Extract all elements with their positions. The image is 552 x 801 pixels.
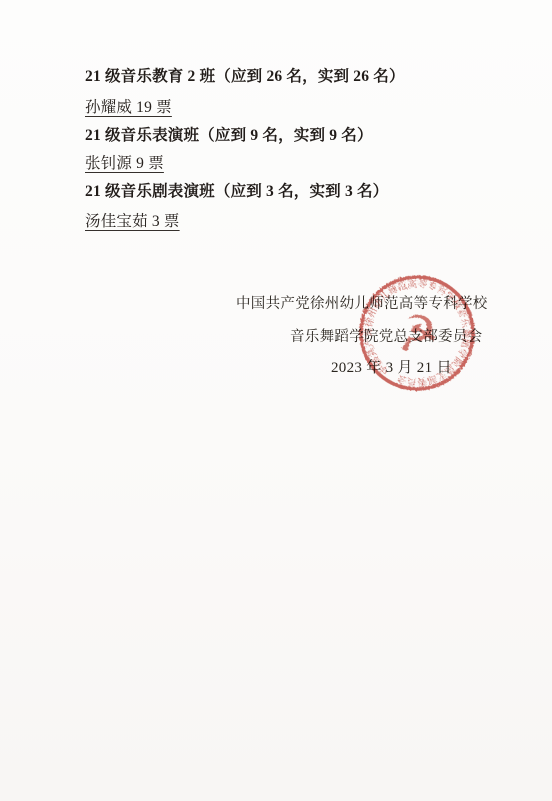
class-result-heading: 21 级音乐表演班（应到 9 名，实到 9 名）: [85, 126, 373, 145]
candidate-vote-count: 汤佳宝茹 3 票: [85, 212, 180, 231]
official-seal-stamp: 中国共产党徐州幼儿师范高等专科学校音乐舞蹈学院总支部委员会 ☭: [341, 257, 492, 408]
candidate-vote-count: 孙耀威 19 票: [85, 98, 172, 117]
class-result-heading: 21 级音乐教育 2 班（应到 26 名，实到 26 名）: [85, 67, 405, 86]
document-page: 21 级音乐教育 2 班（应到 26 名，实到 26 名） 孙耀威 19 票 2…: [0, 0, 552, 801]
candidate-vote-count: 张钊源 9 票: [85, 154, 164, 173]
hammer-sickle-icon: ☭: [392, 303, 442, 364]
class-result-heading: 21 级音乐剧表演班（应到 3 名，实到 3 名）: [85, 182, 388, 201]
